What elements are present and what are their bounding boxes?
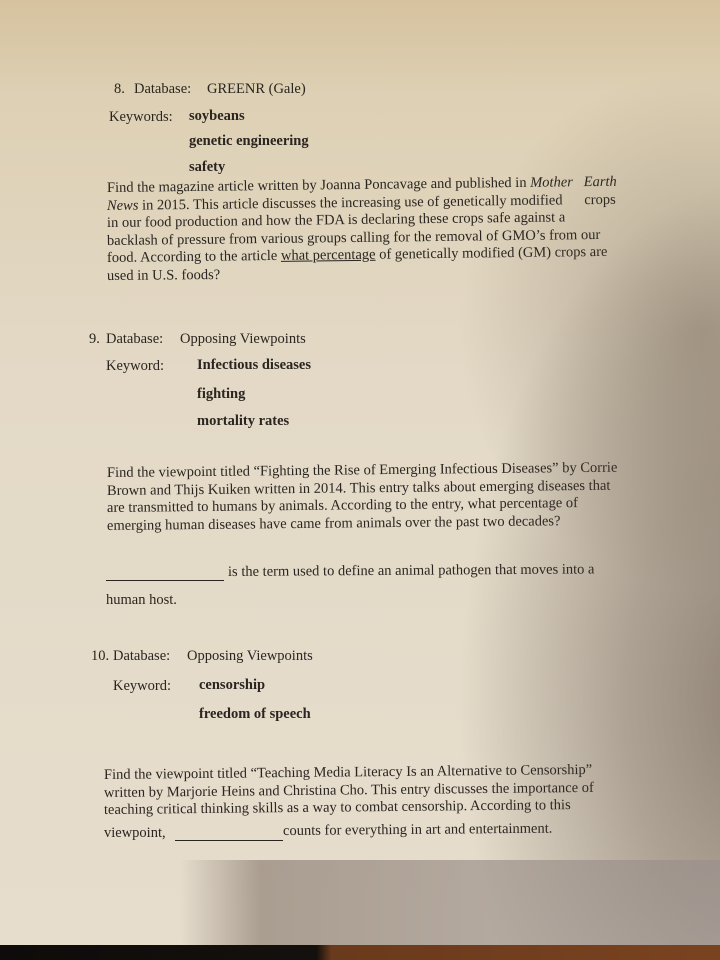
keyword: mortality rates (197, 412, 289, 430)
question-number: 8. (114, 80, 125, 98)
keyword: censorship (199, 676, 265, 694)
fill-in-text: counts for everything in art and enterta… (283, 820, 553, 840)
question-number: 10. (91, 647, 109, 665)
keyword: Infectious diseases (197, 356, 311, 374)
database-label: Database: (106, 330, 163, 348)
fill-in-text: is the term used to define an animal pat… (228, 560, 595, 581)
database-name: Opposing Viewpoints (180, 330, 306, 348)
question-number: 9. (89, 330, 100, 348)
question-body: Find the magazine article written by Joa… (107, 180, 617, 285)
fill-in-prefix: viewpoint, (104, 824, 166, 842)
database-label: Database: (113, 647, 170, 665)
fill-in-continuation: human host. (106, 591, 177, 609)
question-body: Find the viewpoint titled “Fighting the … (107, 465, 617, 535)
keyword: freedom of speech (199, 705, 311, 723)
answer-blank[interactable] (175, 840, 283, 841)
keyword: fighting (197, 385, 245, 403)
question-body: Find the viewpoint titled “Teaching Medi… (104, 767, 594, 820)
database-name: GREENR (Gale) (207, 80, 306, 98)
keyword: safety (189, 158, 225, 176)
emphasis-underline: what percentage (281, 247, 376, 264)
database-label: Database: (134, 80, 191, 98)
keywords-label: Keyword: (106, 357, 164, 375)
table-surface (0, 945, 720, 960)
keywords-label: Keyword: (113, 677, 171, 695)
keyword: soybeans (189, 107, 245, 125)
keywords-label: Keywords: (109, 108, 173, 126)
keyword: genetic engineering (189, 132, 309, 150)
answer-blank[interactable] (106, 580, 224, 581)
database-name: Opposing Viewpoints (187, 647, 313, 665)
